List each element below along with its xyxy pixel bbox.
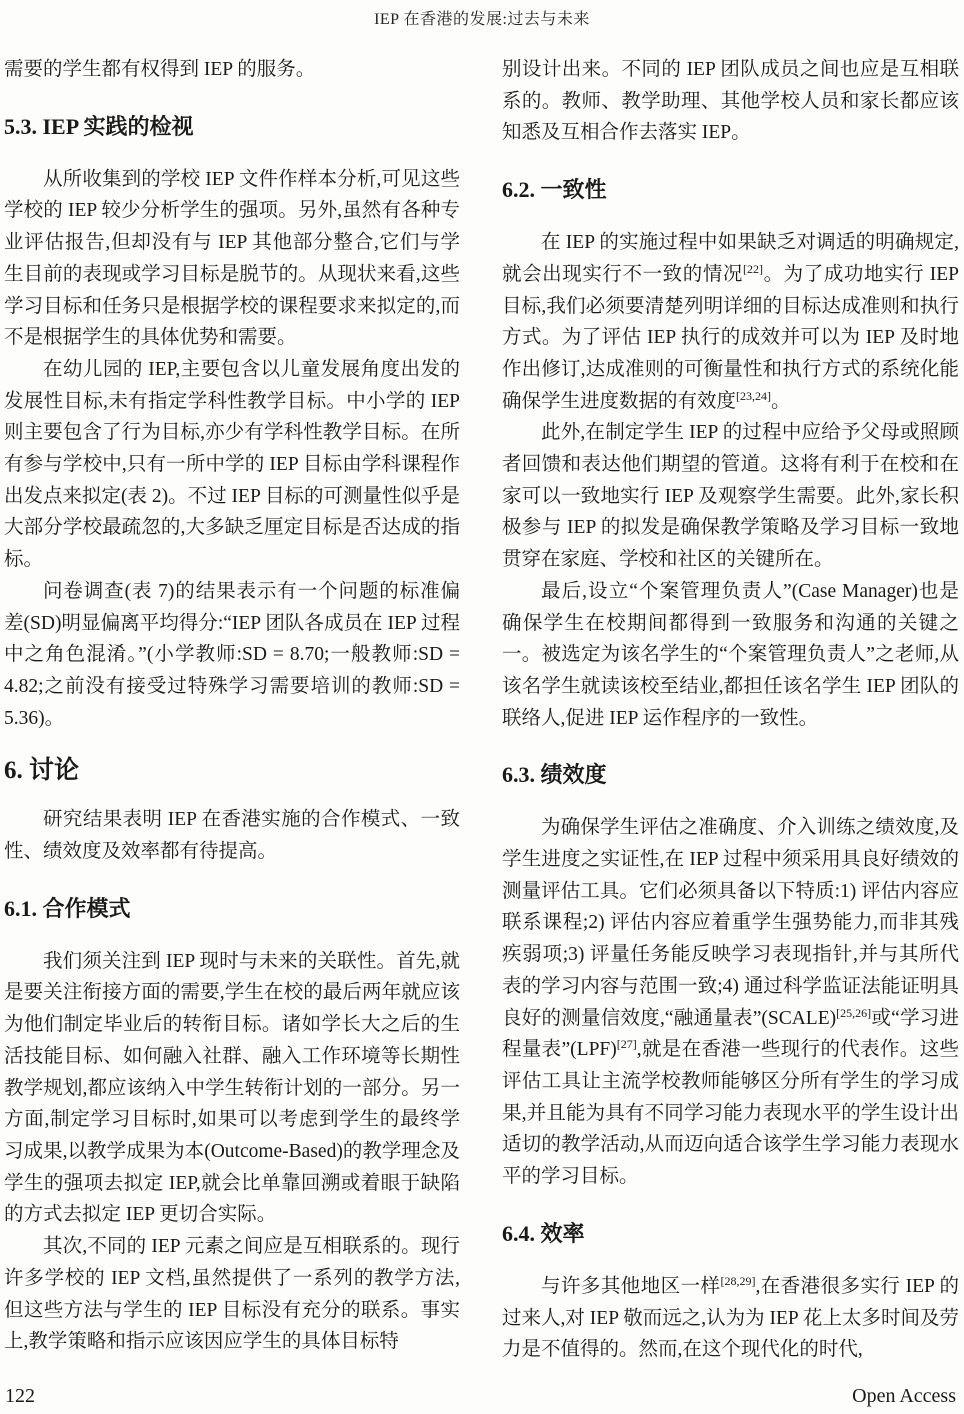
paragraph: 在 IEP 的实施过程中如果缺乏对调适的明确规定,就会出现实行不一致的情况[22… — [502, 227, 959, 417]
paragraph: 从所收集到的学校 IEP 文件作样本分析,可见这些学校的 IEP 较少分析学生的… — [4, 164, 460, 354]
section-heading-6: 6. 讨论 — [4, 754, 460, 788]
paragraph: 问卷调查(表 7)的结果表示有一个问题的标准偏差(SD)明显偏离平均得分:“IE… — [4, 576, 460, 735]
paragraph: 其次,不同的 IEP 元素之间应是互相联系的。现行许多学校的 IEP 文档,虽然… — [4, 1231, 460, 1358]
paragraph-text: 。 — [771, 391, 791, 412]
section-heading-6-4: 6.4. 效率 — [502, 1219, 959, 1249]
paragraph: 在幼儿园的 IEP,主要包含以儿童发展角度出发的发展性目标,未有指定学科性教学目… — [4, 354, 460, 576]
citation-ref: [27] — [617, 1037, 637, 1051]
citation-ref: [28,29] — [720, 1274, 755, 1288]
carryover-paragraph: 需要的学生都有权得到 IEP 的服务。 — [4, 54, 460, 86]
carryover-paragraph: 别设计出来。不同的 IEP 团队成员之间也应是互相联系的。教师、教学助理、其他学… — [502, 54, 959, 149]
paragraph-text: 。为了成功地实行 IEP 目标,我们必须要清楚列明详细的目标达成准则和执行方式。… — [502, 264, 959, 412]
paragraph-text: 为确保学生评估之准确度、介入训练之绩效度,及学生进度之实证性,在 IEP 过程中… — [502, 817, 959, 1028]
citation-ref: [25,26] — [836, 1006, 871, 1020]
paragraph-text: ,就是在香港一些现行的代表作。这些评估工具让主流学校教师能够区分所有学生的学习成… — [502, 1039, 959, 1187]
paragraph: 此外,在制定学生 IEP 的过程中应给予父母或照顾者回馈和表达他们期望的管道。这… — [502, 417, 959, 576]
section-heading-6-3: 6.3. 绩效度 — [502, 760, 959, 790]
paragraph: 与许多其他地区一样[28,29],在香港很多实行 IEP 的过来人,对 IEP … — [502, 1271, 959, 1366]
left-column: 需要的学生都有权得到 IEP 的服务。 5.3. IEP 实践的检视 从所收集到… — [4, 54, 460, 1358]
page-number: 122 — [5, 1383, 35, 1409]
paragraph: 我们须关注到 IEP 现时与未来的关联性。首先,就是要关注衔接方面的需要,学生在… — [4, 946, 460, 1231]
right-column: 别设计出来。不同的 IEP 团队成员之间也应是互相联系的。教师、教学助理、其他学… — [502, 54, 959, 1366]
document-page: IEP 在香港的发展:过去与未来 需要的学生都有权得到 IEP 的服务。 5.3… — [0, 0, 964, 1414]
section-heading-6-1: 6.1. 合作模式 — [4, 894, 460, 924]
paragraph: 研究结果表明 IEP 在香港实施的合作模式、一致性、绩效度及效率都有待提高。 — [4, 804, 460, 867]
paragraph: 为确保学生评估之准确度、介入训练之绩效度,及学生进度之实证性,在 IEP 过程中… — [502, 812, 959, 1192]
running-title: IEP 在香港的发展:过去与未来 — [0, 6, 964, 29]
citation-ref: [23,24] — [736, 389, 771, 403]
citation-ref: [22] — [743, 262, 763, 276]
section-heading-6-2: 6.2. 一致性 — [502, 175, 959, 205]
open-access-label: Open Access — [852, 1383, 956, 1409]
paragraph: 最后,设立“个案管理负责人”(Case Manager)也是确保学生在校期间都得… — [502, 576, 959, 735]
section-heading-5-3: 5.3. IEP 实践的检视 — [4, 112, 460, 142]
paragraph-text: 与许多其他地区一样 — [541, 1276, 720, 1297]
page-footer: 122 Open Access — [5, 1383, 956, 1409]
